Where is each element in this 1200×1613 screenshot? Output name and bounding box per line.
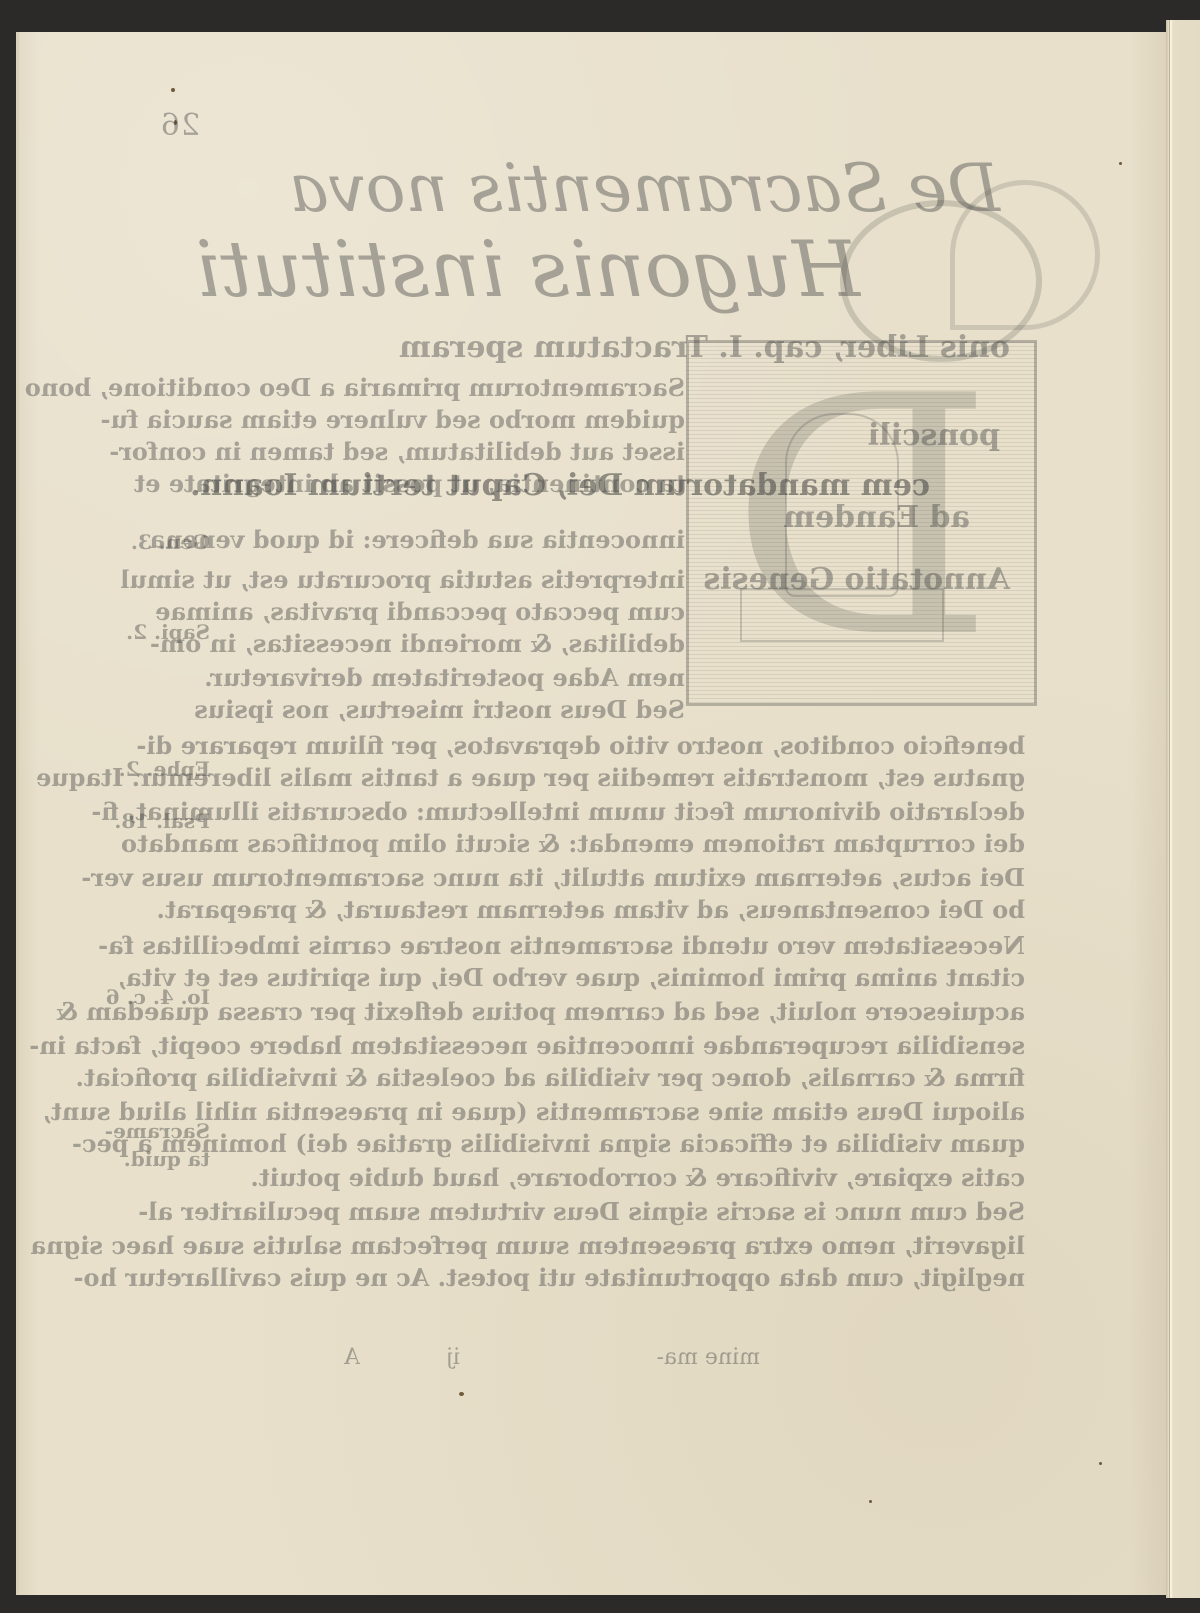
body-line: citant anima primi hominis, quae verbo D… <box>205 962 1025 994</box>
paper-speck <box>869 1500 872 1503</box>
margin-reference: Io. 4. c. 6 <box>100 985 210 1009</box>
body-line: ta continentia, ut possit ab integritate… <box>205 468 685 500</box>
body-line: acquiescere noluit, sed ad carnem potius… <box>205 996 1025 1028</box>
paper-speck <box>459 1392 464 1396</box>
margin-reference: Sacrame- <box>100 1119 210 1143</box>
body-line: Sed Deus nostri misertus, nos ipsius <box>205 694 685 726</box>
margin-reference: ta quid. <box>100 1147 210 1171</box>
margin-reference: Psal. 18. <box>100 809 210 833</box>
body-line: sensibilia recuperandae innocentiae nece… <box>205 1030 1025 1062</box>
body-line: Sed cum nunc is sacris signis Deus virtu… <box>205 1196 1025 1228</box>
body-line: interpretis astutia procuratu est, ut si… <box>205 564 685 596</box>
overlay-heading: ponscili <box>700 418 1000 453</box>
folio-number: 26 <box>150 108 210 143</box>
margin-reference: Gen. 3. <box>100 530 210 554</box>
body-line: firma & carnalis, donec per visibilia ad… <box>205 1062 1025 1094</box>
body-line: debilitas, & moriendi necessitas, in om- <box>205 628 685 660</box>
margin-reference: Sapi. 2. <box>100 620 210 644</box>
overlay-heading: ad Eandem <box>720 500 970 535</box>
flourish-ornament <box>950 180 1100 330</box>
body-line: innocentia sua deficere: id quod venena <box>205 524 685 556</box>
signature-extra: ij <box>446 1345 460 1370</box>
body-line: dei corruptam rationem emendat: & sicuti… <box>205 828 1025 860</box>
body-line: isset aut debilitatum, sed tamen in conf… <box>205 436 685 468</box>
body-line: catis expiare, vivificare & corroborare,… <box>205 1162 1025 1194</box>
body-line: declaratio divinorum fecit unum intellec… <box>205 796 1025 828</box>
catchword: mine ma- <box>657 1345 761 1370</box>
body-line: Dei actus, aeternam exitum attulit, ita … <box>205 862 1025 894</box>
signature-mark: A <box>344 1345 360 1370</box>
signature-line: mine ma- ij A <box>200 1345 760 1375</box>
paper-speck <box>171 88 175 92</box>
paper-speck <box>1099 1462 1102 1465</box>
body-line: Necessitatem vero utendi sacramentis nos… <box>205 930 1025 962</box>
title-line-2: Hugonis instituti <box>200 225 860 315</box>
body-line: Sacramentorum primaria a Deo conditione,… <box>205 372 685 404</box>
overlay-heading: onis Liber, cap. I. Tractatum speram <box>360 330 1010 365</box>
body-line: nem Adae posteritatem derivaretur. <box>205 662 685 694</box>
body-line: bo Dei consentaneus, ad vitam aeternam r… <box>205 894 1025 926</box>
page-fold <box>1170 20 1172 1598</box>
body-line: ligaverit, nemo extra praesentem suum pe… <box>205 1230 1025 1262</box>
body-line: quam visibilia et efficacia signa invisi… <box>205 1128 1025 1160</box>
margin-reference: Ephe. 2. <box>100 757 210 781</box>
body-line: gnatus est, monstratis remediis per quae… <box>205 762 1025 794</box>
body-line: alioqui Deus etiam sine sacramentis (qua… <box>205 1096 1025 1128</box>
body-line: beneficio conditos, nostro vitio deprava… <box>205 730 1025 762</box>
paper-speck <box>1119 162 1122 165</box>
body-line: cum peccato peccandi pravitas, animae <box>205 596 685 628</box>
body-line: quidem morbo sed vulnere etiam saucia fu… <box>205 404 685 436</box>
overlay-heading: Annotatio Genesis <box>730 562 1010 597</box>
body-line: negligit, cum data opportunitate uti pot… <box>205 1262 1025 1294</box>
